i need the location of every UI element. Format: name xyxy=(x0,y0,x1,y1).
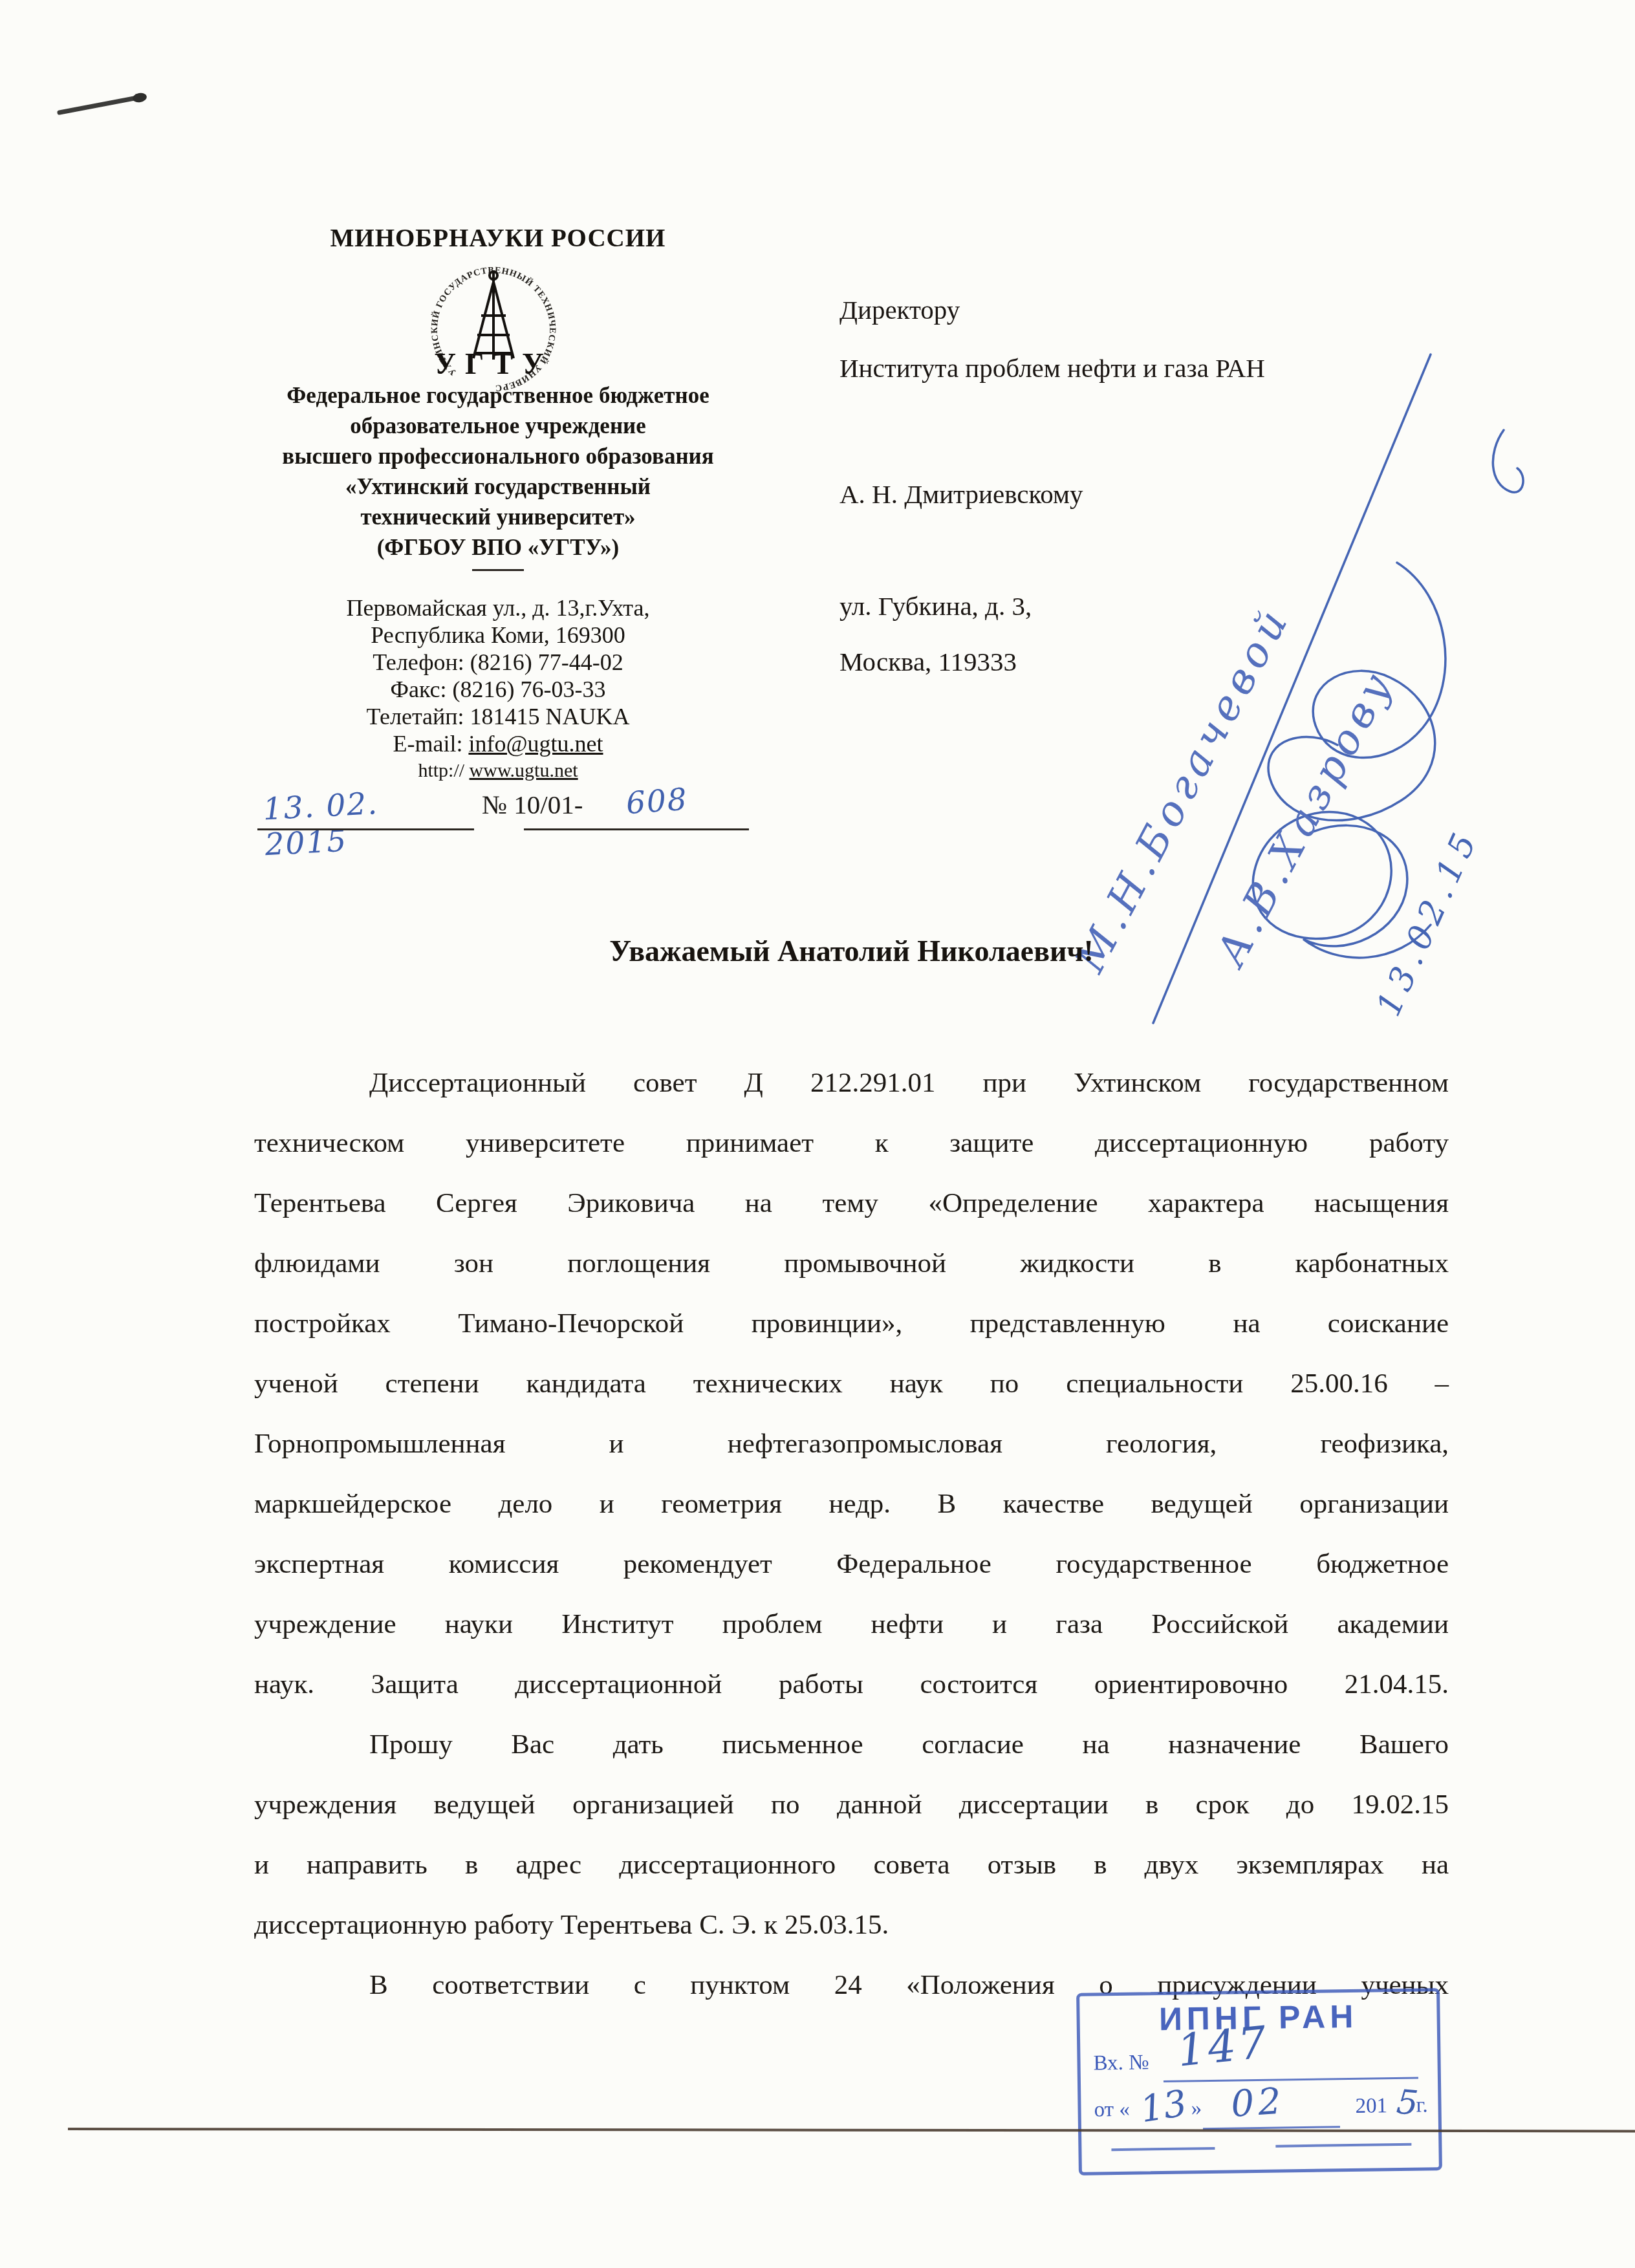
recipient-line: Москва, 119333 xyxy=(839,646,1017,677)
org-line: образовательное учреждение xyxy=(257,411,739,441)
body-line: учреждение науки Институт проблем нефти … xyxy=(254,1594,1449,1654)
derrick-icon xyxy=(473,270,514,360)
body-line: Диссертационный совет Д 212.291.01 при У… xyxy=(254,1053,1449,1113)
staple-mark xyxy=(52,84,162,129)
stamp-month-handwritten: 02 xyxy=(1229,2080,1286,2125)
address-line: Телетайп: 181415 NAUKA xyxy=(257,703,739,730)
email-link[interactable]: info@ugtu.net xyxy=(468,731,603,757)
recipient-line: ул. Губкина, д. 3, xyxy=(839,590,1032,621)
body-line: флюидами зон поглощения промывочной жидк… xyxy=(254,1233,1449,1293)
body-line: диссертационную работу Терентьева С. Э. … xyxy=(254,1895,1449,1955)
university-logo: УХТИНСКИЙ ГОСУДАРСТВЕННЫЙ ТЕХНИЧЕСКИЙ УН… xyxy=(419,256,568,400)
website-line: http:// www.ugtu.net xyxy=(257,757,739,784)
org-line: технический университет» xyxy=(257,502,739,532)
address-line: Республика Коми, 169300 xyxy=(257,621,739,649)
body-line: наук. Защита диссертационной работы сост… xyxy=(254,1654,1449,1714)
body-line: ученой степени кандидата технических нау… xyxy=(254,1354,1449,1414)
ministry-heading: МИНОБРНАУКИ РОССИИ xyxy=(257,224,739,253)
body-line: и направить в адрес диссертационного сов… xyxy=(254,1835,1449,1895)
body-line: Горнопромышленная и нефтегазопромысловая… xyxy=(254,1414,1449,1474)
email-label: E-mail: xyxy=(393,731,462,757)
address-line: Телефон: (8216) 77-44-02 xyxy=(257,649,739,676)
stamp-from-label: от « xyxy=(1094,2098,1130,2122)
letterhead-divider xyxy=(472,569,524,571)
handwritten-annotations: М.Н.Богачевой А.В.Хазрову 13.02.15 xyxy=(1035,181,1635,1041)
handwritten-number: 608 xyxy=(625,782,689,822)
organization-name-block: Федеральное государственное бюджетное об… xyxy=(257,380,739,563)
stamp-line xyxy=(1275,2143,1411,2148)
salutation: Уважаемый Анатолий Николаевич! xyxy=(254,934,1449,968)
body-line: экспертная комиссия рекомендует Федераль… xyxy=(254,1534,1449,1594)
org-line: Федеральное государственное бюджетное xyxy=(257,380,739,411)
website-label: http:// xyxy=(418,760,464,781)
stamp-year-prefix: 201 xyxy=(1355,2094,1387,2119)
stamp-in-number: 147 xyxy=(1175,2017,1272,2077)
email-line: E-mail: info@ugtu.net xyxy=(257,730,739,757)
address-line: Первомайская ул., д. 13,г.Ухта, xyxy=(257,594,739,621)
letter-body: Диссертационный совет Д 212.291.01 при У… xyxy=(254,1053,1449,2015)
number-underline xyxy=(524,828,749,830)
website-link[interactable]: www.ugtu.net xyxy=(470,760,578,781)
stamp-in-label: Вх. № xyxy=(1093,2051,1149,2075)
outgoing-number-label: № 10/01- xyxy=(482,789,583,820)
logo-monogram: УГТУ xyxy=(434,347,552,380)
body-line: техническом университете принимает к защ… xyxy=(254,1113,1449,1173)
address-line: Факс: (8216) 76-03-33 xyxy=(257,676,739,703)
address-block: Первомайская ул., д. 13,г.Ухта, Республи… xyxy=(257,594,739,784)
org-line: высшего профессионального образования xyxy=(257,441,739,471)
date-underline xyxy=(257,828,474,830)
stamp-quote-close: » xyxy=(1191,2097,1202,2121)
body-line: Терентьева Сергея Эриковича на тему «Опр… xyxy=(254,1173,1449,1233)
recipient-line: Директору xyxy=(839,294,960,325)
body-line: маркшейдерское дело и геометрия недр. В … xyxy=(254,1474,1449,1534)
body-line: учреждения ведущей организацией по данно… xyxy=(254,1775,1449,1835)
stamp-line xyxy=(1111,2147,1215,2151)
stamp-day-handwritten: 13 xyxy=(1138,2082,1189,2131)
stamp-year-label: г. xyxy=(1416,2093,1428,2117)
scanned-letter-page: МИНОБРНАУКИ РОССИИ УХТИНСКИЙ ГОСУДАРСТВЕ… xyxy=(0,0,1635,2268)
incoming-stamp: ИПНГ РАН Вх. № 147 от « 13 » 02 201 5 г. xyxy=(1076,1988,1442,2176)
body-line: постройках Тимано-Печорской провинции», … xyxy=(254,1293,1449,1354)
annotation-date: 13.02.15 xyxy=(1369,822,1487,1022)
org-line: «Ухтинский государственный xyxy=(257,471,739,502)
body-line: Прошу Вас дать письменное согласие на на… xyxy=(254,1714,1449,1775)
org-line: (ФГБОУ ВПО «УГТУ») xyxy=(257,532,739,563)
handwritten-date: 13. 02. 2015 xyxy=(262,781,472,863)
stamp-line xyxy=(1164,2077,1418,2083)
